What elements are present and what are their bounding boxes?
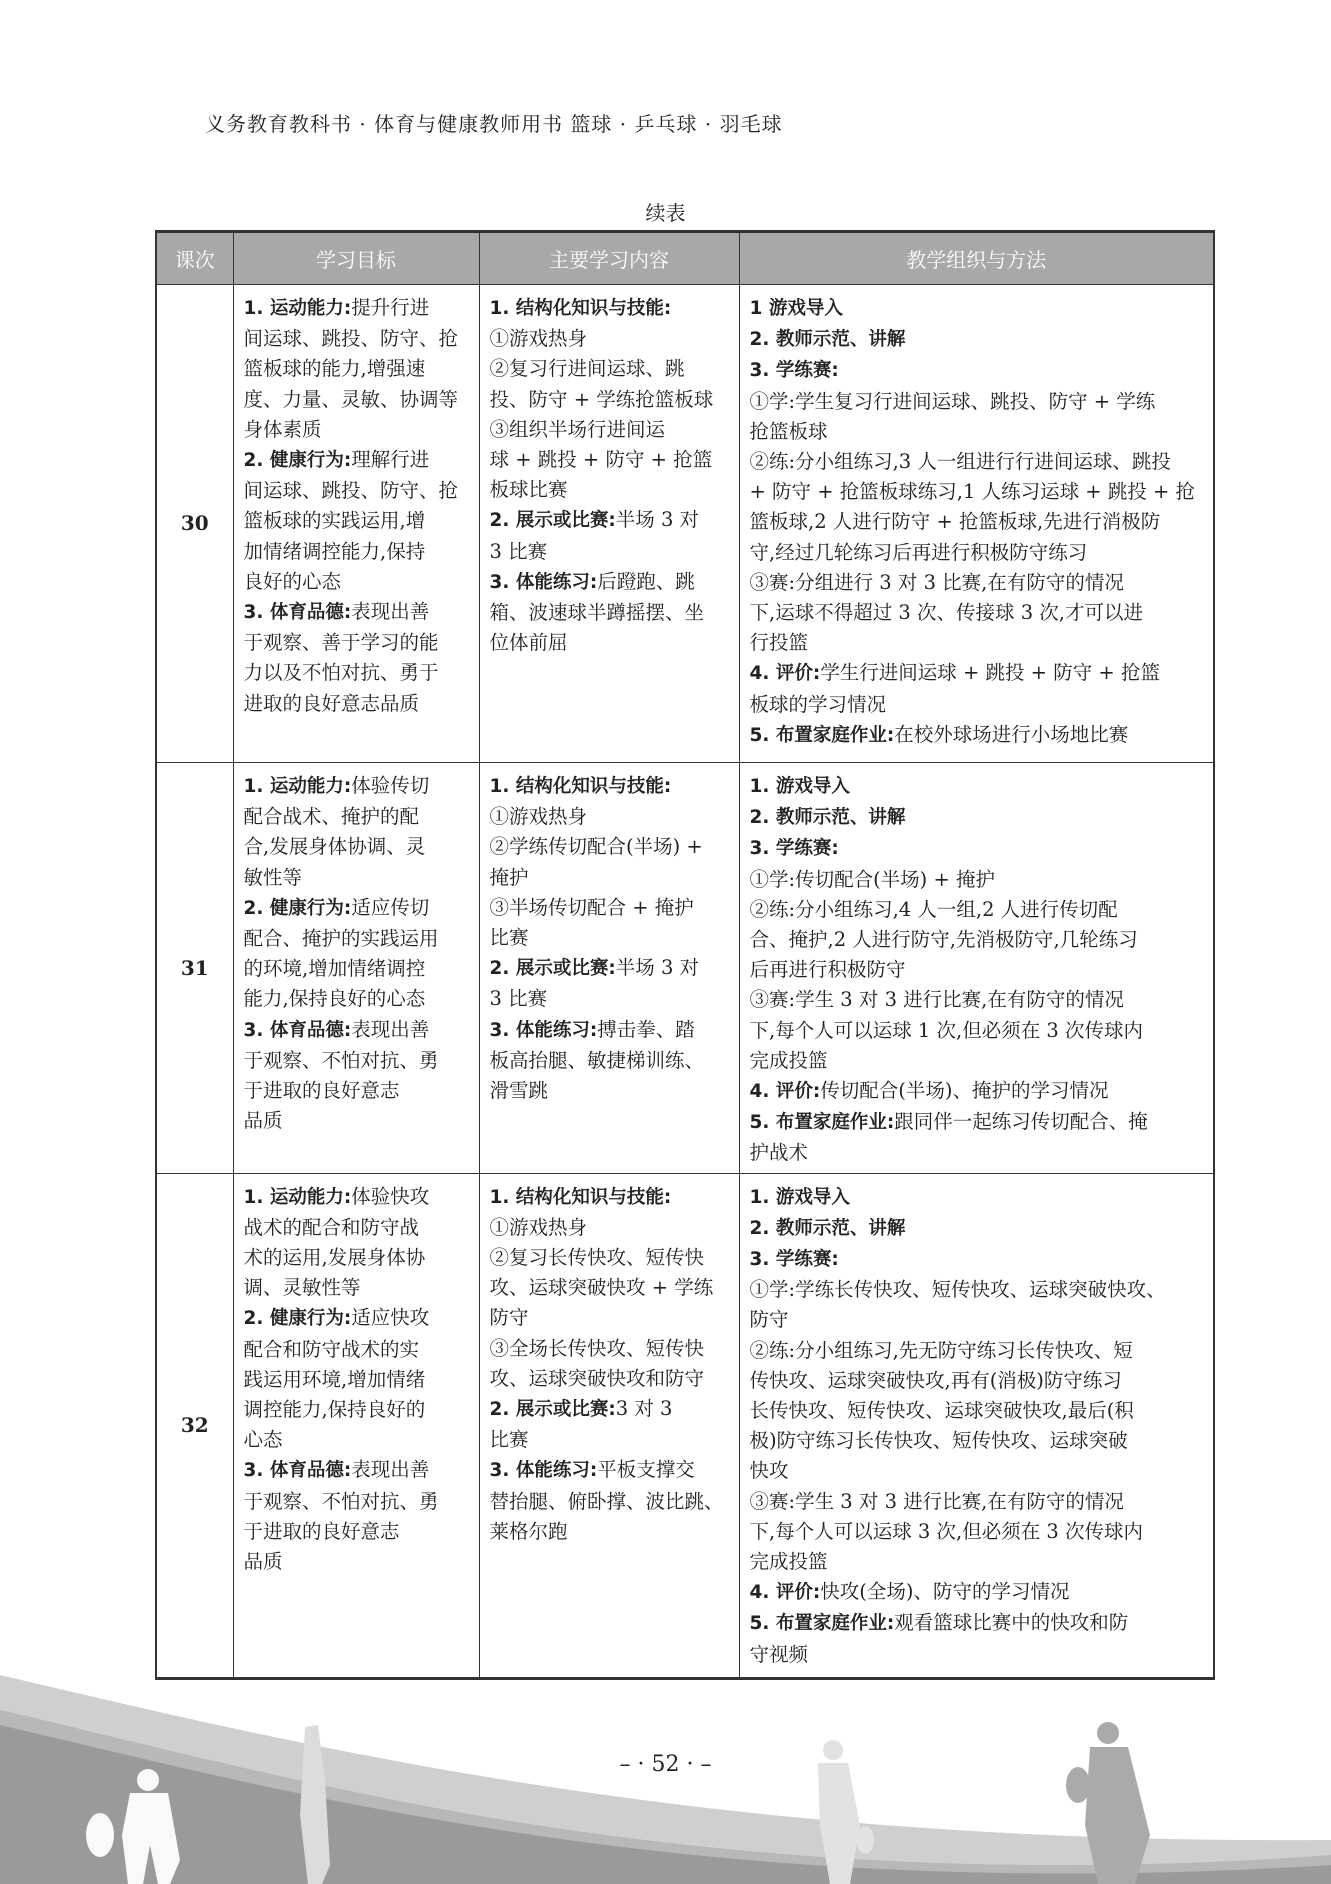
text-line: 护战术: [750, 1138, 1204, 1168]
text-line: 于进取的良好意志: [244, 1076, 469, 1106]
lesson-number: 30: [156, 285, 233, 763]
text-line: 良好的心态: [244, 567, 469, 597]
text-line: 合,发展身体协调、灵: [244, 832, 469, 862]
section-label: 2. 展示或比赛:: [490, 1399, 616, 1420]
section-label: 2. 教师示范、讲解: [750, 1218, 906, 1239]
text-line: ①学:传切配合(半场) + 掩护: [750, 865, 1204, 895]
section-text: ③半场传切配合 + 掩护: [490, 896, 694, 919]
text-line: ③赛:分组进行 3 对 3 比赛,在有防守的情况: [750, 568, 1204, 598]
section-label: 3. 学练赛:: [750, 838, 839, 859]
text-line: 于观察、善于学习的能: [244, 628, 469, 658]
section-text: 身体素质: [244, 418, 322, 441]
text-line: ①游戏热身: [490, 1213, 729, 1243]
section-label: 2. 健康行为:: [244, 450, 352, 471]
text-line: 品质: [244, 1547, 469, 1577]
section-text: ①游戏热身: [490, 805, 588, 828]
section-label: 1. 结构化知识与技能:: [490, 1187, 672, 1208]
text-line: 2. 健康行为:适应传切: [244, 893, 469, 924]
text-line: 比赛: [490, 1425, 729, 1455]
section-text: ②复习行进间运球、跳: [490, 357, 685, 380]
lesson-number: 31: [156, 763, 233, 1174]
section-text: 于观察、善于学习的能: [244, 631, 439, 654]
section-text: 莱格尔跑: [490, 1520, 568, 1543]
text-line: 投、防守 + 学练抢篮板球: [490, 385, 729, 415]
section-text: 在校外球场进行小场地比赛: [894, 723, 1128, 746]
text-line: 4. 评价:学生行进间运球 + 跳投 + 防守 + 抢篮: [750, 658, 1204, 689]
text-line: 防守: [490, 1303, 729, 1333]
text-line: 完成投篮: [750, 1547, 1204, 1577]
text-line: 2. 健康行为:适应快攻: [244, 1303, 469, 1334]
section-text: 间运球、跳投、防守、抢: [244, 479, 459, 502]
text-line: ①学:学生复习行进间运球、跳投、防守 + 学练: [750, 387, 1204, 417]
section-text: 术的运用,发展身体协: [244, 1246, 426, 1269]
text-line: 4. 评价:快攻(全场)、防守的学习情况: [750, 1577, 1204, 1608]
section-text: 战术的配合和防守战: [244, 1216, 420, 1239]
cell-goals: 1. 运动能力:体验传切配合战术、掩护的配合,发展身体协调、灵敏性等2. 健康行…: [233, 763, 479, 1174]
section-label: 1. 结构化知识与技能:: [490, 776, 672, 797]
cell-methods: 1. 游戏导入2. 教师示范、讲解3. 学练赛:①学:传切配合(半场) + 掩护…: [739, 763, 1214, 1174]
section-text: 极)防守练习长传快攻、短传快攻、运球突破: [750, 1429, 1128, 1452]
section-label: 1. 运动能力:: [244, 1187, 352, 1208]
section-text: 投、防守 + 学练抢篮板球: [490, 388, 714, 411]
text-line: 后再进行积极防守: [750, 955, 1204, 985]
text-line: 3. 学练赛:: [750, 833, 1204, 864]
table-header-row: 课次 学习目标 主要学习内容 教学组织与方法: [156, 232, 1214, 285]
section-text: ③赛:学生 3 对 3 进行比赛,在有防守的情况: [750, 1490, 1124, 1513]
section-text: 后蹬跑、跳: [597, 570, 695, 593]
section-text: 护战术: [750, 1141, 809, 1164]
text-line: 2. 教师示范、讲解: [750, 1213, 1204, 1244]
text-line: 下,每个人可以运球 3 次,但必须在 3 次传球内: [750, 1517, 1204, 1547]
text-line: ②练:分小组练习,3 人一组进行行进间运球、跳投: [750, 447, 1204, 477]
section-text: 行投篮: [750, 631, 809, 654]
section-text: 长传快攻、短传快攻、运球突破快攻,最后(积: [750, 1399, 1134, 1422]
section-text: 调、灵敏性等: [244, 1276, 361, 1299]
text-line: 3. 体能练习:平板支撑交: [490, 1455, 729, 1486]
section-text: 加情绪调控能力,保持: [244, 540, 426, 563]
section-text: 跟同伴一起练习传切配合、掩: [894, 1110, 1148, 1133]
section-text: 下,每个人可以运球 3 次,但必须在 3 次传球内: [750, 1520, 1144, 1543]
section-label: 2. 健康行为:: [244, 898, 352, 919]
section-text: 快攻: [750, 1459, 789, 1482]
text-line: 2. 展示或比赛:半场 3 对: [490, 953, 729, 984]
text-line: 合、掩护,2 人进行防守,先消极防守,几轮练习: [750, 925, 1204, 955]
text-line: + 防守 + 抢篮板球练习,1 人练习运球 + 跳投 + 抢: [750, 477, 1204, 507]
text-line: 5. 布置家庭作业:在校外球场进行小场地比赛: [750, 720, 1204, 751]
section-text: 完成投篮: [750, 1550, 828, 1573]
text-line: 下,运球不得超过 3 次、传接球 3 次,才可以进: [750, 598, 1204, 628]
text-line: 配合、掩护的实践运用: [244, 924, 469, 954]
section-text: 攻、运球突破快攻 + 学练: [490, 1276, 714, 1299]
text-line: 于进取的良好意志: [244, 1517, 469, 1547]
section-text: 3 对 3: [616, 1397, 673, 1420]
section-label: 2. 教师示范、讲解: [750, 807, 906, 828]
section-text: 度、力量、灵敏、协调等: [244, 388, 459, 411]
text-line: 战术的配合和防守战: [244, 1213, 469, 1243]
text-line: 心态: [244, 1425, 469, 1455]
section-text: ③赛:学生 3 对 3 进行比赛,在有防守的情况: [750, 988, 1124, 1011]
section-label: 2. 教师示范、讲解: [750, 329, 906, 350]
cell-methods: 1 游戏导入2. 教师示范、讲解3. 学练赛:①学:学生复习行进间运球、跳投、防…: [739, 285, 1214, 763]
section-text: 理解行进: [351, 448, 429, 471]
text-line: ②学练传切配合(半场) +: [490, 832, 729, 862]
text-line: ①学:学练长传快攻、短传快攻、运球突破快攻、: [750, 1275, 1204, 1305]
section-text: 3 比赛: [490, 987, 548, 1010]
cell-content: 1. 结构化知识与技能:①游戏热身②复习长传快攻、短传快攻、运球突破快攻 + 学…: [479, 1173, 739, 1678]
text-line: 3 比赛: [490, 537, 729, 567]
section-text: 良好的心态: [244, 570, 342, 593]
section-label: 1. 游戏导入: [750, 1187, 850, 1208]
text-line: 于观察、不怕对抗、勇: [244, 1046, 469, 1076]
text-line: 1. 运动能力:体验传切: [244, 771, 469, 802]
section-text: ③组织半场行进间运: [490, 418, 666, 441]
text-line: 2. 教师示范、讲解: [750, 324, 1204, 355]
text-line: 球 + 跳投 + 防守 + 抢篮: [490, 445, 729, 475]
text-line: 间运球、跳投、防守、抢: [244, 324, 469, 354]
section-text: 力以及不怕对抗、勇于: [244, 661, 439, 684]
section-text: 板球的学习情况: [750, 693, 887, 716]
text-line: 1. 结构化知识与技能:: [490, 1182, 729, 1213]
text-line: 篮板球的实践运用,增: [244, 506, 469, 536]
section-text: 传快攻、运球突破快攻,再有(消极)防守练习: [750, 1369, 1122, 1392]
section-text: 篮板球,2 人进行防守 + 抢篮板球,先进行消极防: [750, 510, 1161, 533]
section-text: 抢篮板球: [750, 420, 828, 443]
text-line: 板高抬腿、敏捷梯训练、: [490, 1046, 729, 1076]
text-line: 敏性等: [244, 863, 469, 893]
text-line: 1. 结构化知识与技能:: [490, 293, 729, 324]
cell-goals: 1. 运动能力:体验快攻战术的配合和防守战术的运用,发展身体协调、灵敏性等2. …: [233, 1173, 479, 1678]
text-line: ③赛:学生 3 对 3 进行比赛,在有防守的情况: [750, 1487, 1204, 1517]
section-text: 板球比赛: [490, 478, 568, 501]
section-label: 3. 体育品德:: [244, 602, 352, 623]
text-line: 品质: [244, 1106, 469, 1136]
section-text: ①游戏热身: [490, 1216, 588, 1239]
text-line: 守,经过几轮练习后再进行积极防守练习: [750, 538, 1204, 568]
lesson-number: 32: [156, 1173, 233, 1678]
section-text: 配合战术、掩护的配: [244, 805, 420, 828]
section-text: 滑雪跳: [490, 1079, 549, 1102]
section-text: 适应快攻: [351, 1306, 429, 1329]
section-text: 防守: [750, 1308, 789, 1331]
section-text: 替抬腿、俯卧撑、波比跳、: [490, 1490, 724, 1513]
section-text: 提升行进: [351, 296, 429, 319]
section-text: 3 比赛: [490, 540, 548, 563]
section-text: 掩护: [490, 866, 529, 889]
text-line: 3. 学练赛:: [750, 355, 1204, 386]
section-text: 观看篮球比赛中的快攻和防: [894, 1611, 1128, 1634]
cell-content: 1. 结构化知识与技能:①游戏热身②复习行进间运球、跳投、防守 + 学练抢篮板球…: [479, 285, 739, 763]
text-line: 调、灵敏性等: [244, 1273, 469, 1303]
text-line: 4. 评价:传切配合(半场)、掩护的学习情况: [750, 1076, 1204, 1107]
section-label: 4. 评价:: [750, 1582, 821, 1603]
section-text: 守,经过几轮练习后再进行积极防守练习: [750, 541, 1088, 564]
section-text: 于进取的良好意志: [244, 1079, 400, 1102]
section-text: 表现出善: [351, 1018, 429, 1041]
text-line: 3. 体育品德:表现出善: [244, 597, 469, 628]
text-line: 替抬腿、俯卧撑、波比跳、: [490, 1487, 729, 1517]
text-line: 身体素质: [244, 415, 469, 445]
table-row: 321. 运动能力:体验快攻战术的配合和防守战术的运用,发展身体协调、灵敏性等2…: [156, 1173, 1214, 1678]
section-text: 篮板球的能力,增强速: [244, 357, 426, 380]
section-text: ①游戏热身: [490, 327, 588, 350]
text-line: 2. 展示或比赛:半场 3 对: [490, 505, 729, 536]
text-line: 践运用环境,增加情绪: [244, 1365, 469, 1395]
table-row: 311. 运动能力:体验传切配合战术、掩护的配合,发展身体协调、灵敏性等2. 健…: [156, 763, 1214, 1174]
section-text: ①学:传切配合(半场) + 掩护: [750, 868, 996, 891]
text-line: ②复习行进间运球、跳: [490, 354, 729, 384]
text-line: 抢篮板球: [750, 417, 1204, 447]
section-text: ②练:分小组练习,3 人一组进行行进间运球、跳投: [750, 450, 1171, 473]
section-text: ②练:分小组练习,4 人一组,2 人进行传切配: [750, 898, 1118, 921]
section-label: 5. 布置家庭作业:: [750, 1613, 895, 1634]
text-line: 调控能力,保持良好的: [244, 1395, 469, 1425]
column-header-goals: 学习目标: [233, 232, 479, 285]
text-line: 术的运用,发展身体协: [244, 1243, 469, 1273]
text-line: 配合战术、掩护的配: [244, 802, 469, 832]
section-text: ③赛:分组进行 3 对 3 比赛,在有防守的情况: [750, 571, 1124, 594]
section-text: 表现出善: [351, 600, 429, 623]
section-label: 1. 运动能力:: [244, 298, 352, 319]
text-line: 掩护: [490, 863, 729, 893]
section-text: 板高抬腿、敏捷梯训练、: [490, 1049, 705, 1072]
text-line: ①游戏热身: [490, 324, 729, 354]
text-line: 攻、运球突破快攻和防守: [490, 1364, 729, 1394]
text-line: ②练:分小组练习,4 人一组,2 人进行传切配: [750, 895, 1204, 925]
section-text: 体验传切: [351, 774, 429, 797]
section-label: 2. 展示或比赛:: [490, 510, 616, 531]
text-line: 1. 游戏导入: [750, 1182, 1204, 1213]
section-text: 下,运球不得超过 3 次、传接球 3 次,才可以进: [750, 601, 1144, 624]
section-text: 体验快攻: [351, 1185, 429, 1208]
section-text: 践运用环境,增加情绪: [244, 1368, 426, 1391]
section-label: 2. 展示或比赛:: [490, 958, 616, 979]
section-label: 5. 布置家庭作业:: [750, 725, 895, 746]
section-text: 适应传切: [351, 896, 429, 919]
column-header-content: 主要学习内容: [479, 232, 739, 285]
text-line: 下,每个人可以运球 1 次,但必须在 3 次传球内: [750, 1016, 1204, 1046]
text-line: 1. 游戏导入: [750, 771, 1204, 802]
section-text: 配合、掩护的实践运用: [244, 927, 439, 950]
page-number: – · 52 · –: [0, 1752, 1331, 1777]
text-line: 能力,保持良好的心态: [244, 984, 469, 1014]
section-text: 进取的良好意志品质: [244, 692, 420, 715]
section-text: ①学:学练长传快攻、短传快攻、运球突破快攻、: [750, 1278, 1166, 1301]
section-text: 合、掩护,2 人进行防守,先消极防守,几轮练习: [750, 928, 1138, 951]
section-text: 位体前屈: [490, 631, 568, 654]
text-line: 完成投篮: [750, 1046, 1204, 1076]
section-label: 1. 游戏导入: [750, 776, 850, 797]
section-text: 表现出善: [351, 1458, 429, 1481]
text-line: ③赛:学生 3 对 3 进行比赛,在有防守的情况: [750, 985, 1204, 1015]
text-line: 3. 体能练习:后蹬跑、跳: [490, 567, 729, 598]
text-line: 长传快攻、短传快攻、运球突破快攻,最后(积: [750, 1396, 1204, 1426]
text-line: 篮板球的能力,增强速: [244, 354, 469, 384]
section-text: 守视频: [750, 1643, 809, 1666]
cell-content: 1. 结构化知识与技能:①游戏热身②学练传切配合(半场) +掩护③半场传切配合 …: [479, 763, 739, 1174]
text-line: 于观察、不怕对抗、勇: [244, 1487, 469, 1517]
text-line: 配合和防守战术的实: [244, 1335, 469, 1365]
text-line: 板球的学习情况: [750, 690, 1204, 720]
column-header-lesson: 课次: [156, 232, 233, 285]
text-line: 箱、波速球半蹲摇摆、坐: [490, 598, 729, 628]
text-line: 3. 学练赛:: [750, 1244, 1204, 1275]
section-text: 快攻(全场)、防守的学习情况: [820, 1580, 1069, 1603]
section-text: ①学:学生复习行进间运球、跳投、防守 + 学练: [750, 390, 1156, 413]
text-line: 2. 教师示范、讲解: [750, 802, 1204, 833]
section-label: 3. 学练赛:: [750, 1249, 839, 1270]
section-text: 调控能力,保持良好的: [244, 1398, 426, 1421]
section-text: 敏性等: [244, 866, 303, 889]
section-text: 箱、波速球半蹲摇摆、坐: [490, 601, 705, 624]
continued-label: 续表: [0, 197, 1331, 226]
section-text: 比赛: [490, 1428, 529, 1451]
text-line: ③全场长传快攻、短传快: [490, 1334, 729, 1364]
text-line: 3. 体育品德:表现出善: [244, 1015, 469, 1046]
section-text: 防守: [490, 1306, 529, 1329]
text-line: 1. 运动能力:体验快攻: [244, 1182, 469, 1213]
cell-goals: 1. 运动能力:提升行进间运球、跳投、防守、抢篮板球的能力,增强速度、力量、灵敏…: [233, 285, 479, 763]
text-line: 防守: [750, 1305, 1204, 1335]
text-line: 2. 健康行为:理解行进: [244, 445, 469, 476]
section-text: ②学练传切配合(半场) +: [490, 835, 703, 858]
section-text: 攻、运球突破快攻和防守: [490, 1367, 705, 1390]
section-text: 学生行进间运球 + 跳投 + 防守 + 抢篮: [820, 661, 1160, 684]
text-line: 比赛: [490, 923, 729, 953]
section-text: 后再进行积极防守: [750, 958, 906, 981]
section-text: 于观察、不怕对抗、勇: [244, 1049, 439, 1072]
text-line: 2. 展示或比赛:3 对 3: [490, 1394, 729, 1425]
text-line: 攻、运球突破快攻 + 学练: [490, 1273, 729, 1303]
section-text: 的环境,增加情绪调控: [244, 957, 426, 980]
text-line: ③半场传切配合 + 掩护: [490, 893, 729, 923]
text-line: 传快攻、运球突破快攻,再有(消极)防守练习: [750, 1366, 1204, 1396]
text-line: ②复习长传快攻、短传快: [490, 1243, 729, 1273]
section-text: 心态: [244, 1428, 283, 1451]
text-line: 莱格尔跑: [490, 1517, 729, 1547]
text-line: 力以及不怕对抗、勇于: [244, 658, 469, 688]
section-text: 品质: [244, 1550, 283, 1573]
section-text: 半场 3 对: [616, 508, 699, 531]
section-label: 1. 运动能力:: [244, 776, 352, 797]
section-label: 4. 评价:: [750, 663, 821, 684]
section-label: 4. 评价:: [750, 1081, 821, 1102]
lesson-plan-table: 课次 学习目标 主要学习内容 教学组织与方法 301. 运动能力:提升行进间运球…: [155, 230, 1215, 1680]
text-line: 极)防守练习长传快攻、短传快攻、运球突破: [750, 1426, 1204, 1456]
section-label: 3. 学练赛:: [750, 360, 839, 381]
section-text: 传切配合(半场)、掩护的学习情况: [820, 1079, 1108, 1102]
section-text: 篮板球的实践运用,增: [244, 509, 426, 532]
section-text: ②复习长传快攻、短传快: [490, 1246, 705, 1269]
section-text: 比赛: [490, 926, 529, 949]
text-line: 位体前屈: [490, 628, 729, 658]
section-label: 2. 健康行为:: [244, 1308, 352, 1329]
section-label: 3. 体能练习:: [490, 1020, 598, 1041]
section-label: 1 游戏导入: [750, 298, 843, 319]
text-line: 滑雪跳: [490, 1076, 729, 1106]
section-text: 平板支撑交: [597, 1458, 695, 1481]
section-label: 3. 体能练习:: [490, 1460, 598, 1481]
section-label: 3. 体育品德:: [244, 1460, 352, 1481]
section-label: 3. 体育品德:: [244, 1020, 352, 1041]
text-line: 5. 布置家庭作业:观看篮球比赛中的快攻和防: [750, 1608, 1204, 1639]
section-text: 于观察、不怕对抗、勇: [244, 1490, 439, 1513]
text-line: 1. 运动能力:提升行进: [244, 293, 469, 324]
section-label: 5. 布置家庭作业:: [750, 1112, 895, 1133]
section-text: ③全场长传快攻、短传快: [490, 1337, 705, 1360]
text-line: ①游戏热身: [490, 802, 729, 832]
section-text: 完成投篮: [750, 1049, 828, 1072]
section-text: 下,每个人可以运球 1 次,但必须在 3 次传球内: [750, 1019, 1144, 1042]
text-line: 1. 结构化知识与技能:: [490, 771, 729, 802]
text-line: 5. 布置家庭作业:跟同伴一起练习传切配合、掩: [750, 1107, 1204, 1138]
text-line: 加情绪调控能力,保持: [244, 537, 469, 567]
section-text: 间运球、跳投、防守、抢: [244, 327, 459, 350]
section-text: 球 + 跳投 + 防守 + 抢篮: [490, 448, 713, 471]
section-text: 能力,保持良好的心态: [244, 987, 426, 1010]
text-line: 篮板球,2 人进行防守 + 抢篮板球,先进行消极防: [750, 507, 1204, 537]
text-line: 度、力量、灵敏、协调等: [244, 385, 469, 415]
text-line: 的环境,增加情绪调控: [244, 954, 469, 984]
text-line: 3. 体育品德:表现出善: [244, 1455, 469, 1486]
text-line: ②练:分小组练习,先无防守练习长传快攻、短: [750, 1336, 1204, 1366]
text-line: 行投篮: [750, 628, 1204, 658]
text-line: 间运球、跳投、防守、抢: [244, 476, 469, 506]
running-head: 义务教育教科书 · 体育与健康教师用书 篮球 · 乒乓球 · 羽毛球: [205, 108, 783, 137]
column-header-methods: 教学组织与方法: [739, 232, 1214, 285]
section-text: 于进取的良好意志: [244, 1520, 400, 1543]
table-row: 301. 运动能力:提升行进间运球、跳投、防守、抢篮板球的能力,增强速度、力量、…: [156, 285, 1214, 763]
section-text: 搏击拳、踏: [597, 1018, 695, 1041]
section-text: 半场 3 对: [616, 956, 699, 979]
text-line: 快攻: [750, 1456, 1204, 1486]
section-label: 3. 体能练习:: [490, 572, 598, 593]
text-line: 板球比赛: [490, 475, 729, 505]
cell-methods: 1. 游戏导入2. 教师示范、讲解3. 学练赛:①学:学练长传快攻、短传快攻、运…: [739, 1173, 1214, 1678]
text-line: 3. 体能练习:搏击拳、踏: [490, 1015, 729, 1046]
section-text: 配合和防守战术的实: [244, 1338, 420, 1361]
text-line: 1 游戏导入: [750, 293, 1204, 324]
text-line: 进取的良好意志品质: [244, 689, 469, 719]
text-line: 3 比赛: [490, 984, 729, 1014]
section-text: 合,发展身体协调、灵: [244, 835, 426, 858]
section-label: 1. 结构化知识与技能:: [490, 298, 672, 319]
section-text: ②练:分小组练习,先无防守练习长传快攻、短: [750, 1339, 1133, 1362]
section-text: 品质: [244, 1109, 283, 1132]
section-text: + 防守 + 抢篮板球练习,1 人练习运球 + 跳投 + 抢: [750, 480, 1196, 503]
text-line: ③组织半场行进间运: [490, 415, 729, 445]
